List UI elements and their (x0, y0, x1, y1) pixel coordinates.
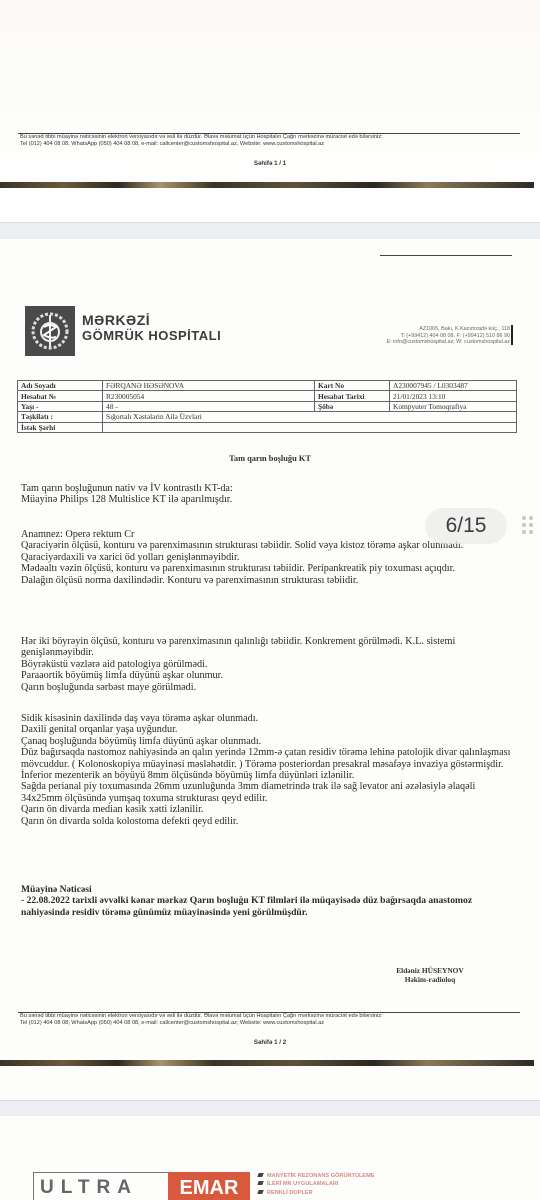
hospital-contact: AZ1065, Bakı, K.Kazımzadə küç., 118 T: (… (387, 326, 510, 346)
hospital-logo (25, 306, 75, 356)
service-item: İLERİ MR UYGULAMALARI (258, 1180, 375, 1188)
document-page-1: Bu sənəd tibbi müayinə nəticəsinin elekt… (0, 0, 540, 222)
service-item: MANYETİK REZONANS GÖRÜNTÜLEME (258, 1172, 375, 1180)
contact-bar (511, 325, 514, 345)
document-page-3: ULTRA EMAR MANYETİK REZONANS GÖRÜNTÜLEME… (0, 1116, 540, 1200)
conclusion-text: - 22.08.2022 tarixli əvvəlki kənar mərkə… (21, 895, 514, 918)
document-page-2: MƏRKƏZİ GÖMRÜK HOSPİTALI AZ1065, Bakı, K… (0, 239, 540, 1099)
signer-name: Eldəniz HÜSEYNOV (380, 966, 480, 975)
page-separator (0, 222, 540, 240)
service-item: RENKLİ DOPLER (258, 1189, 375, 1197)
footer-disclaimer: Bu sənəd tibbi müayinə nəticəsinin elekt… (20, 1013, 520, 1020)
emblem-icon (29, 310, 71, 352)
conclusion: Müayinə Nəticəsi - 22.08.2022 tarixli əv… (21, 884, 514, 918)
page-separator (0, 1100, 540, 1117)
page-indicator: 6/15 (425, 508, 507, 544)
report-intro: Tam qarın boşluğunun nativ və İV kontras… (21, 483, 514, 506)
report-findings-2: Hər iki böyrəyin ölçüsü, konturu və pare… (21, 636, 514, 693)
exam-title: Tam qarın boşluğu KT (0, 454, 540, 463)
bullet-icon (257, 1173, 263, 1177)
footer-contacts: Tel (012) 404 08 08, WhatsApp (050) 404 … (20, 1020, 520, 1027)
services-list: MANYETİK REZONANS GÖRÜNTÜLEME İLERİ MR U… (258, 1172, 375, 1197)
footer-disclaimer: Bu sənəd tibbi müayinə nəticəsinin elekt… (20, 134, 520, 141)
table-row: Yaşı - 48 - Şöbə Kompyuter Tomoqrafiya (18, 401, 517, 411)
scan-edge (0, 1060, 534, 1066)
hospital-name: MƏRKƏZİ GÖMRÜK HOSPİTALI (82, 313, 221, 343)
table-row: Hesabat № R230005054 Hesabat Tarixi 21/0… (18, 391, 517, 401)
table-row: İstək Şərhi (18, 422, 517, 432)
bullet-icon (257, 1190, 263, 1194)
brand-emar: EMAR (168, 1172, 250, 1200)
patient-info-table: Adı Soyadı FƏRQANƏ HƏSƏNOVA Kart No A230… (17, 380, 517, 433)
footer-contacts: Tel (012) 404 08 08, WhatsApp (050) 404 … (20, 141, 520, 148)
signer-role: Həkim-radioloq (380, 975, 480, 984)
page-number-label: Səhifə 1 / 1 (0, 160, 540, 167)
signature-block: Eldəniz HÜSEYNOV Həkim-radioloq (380, 966, 480, 984)
conclusion-title: Müayinə Nəticəsi (21, 884, 514, 895)
table-row: Təşkilatı : Sığortalı Xəstələrin Ailə Üz… (18, 412, 517, 422)
report-findings-3: Sidik kisəsinin daxilində daş vəya törəm… (21, 713, 514, 827)
scroll-drag-handle-icon[interactable] (522, 516, 536, 538)
scan-edge (0, 182, 534, 188)
table-row: Adı Soyadı FƏRQANƏ HƏSƏNOVA Kart No A230… (18, 381, 517, 391)
bullet-icon (257, 1181, 263, 1185)
scan-mark (380, 255, 512, 256)
page-number-label: Səhifə 1 / 2 (0, 1039, 540, 1046)
